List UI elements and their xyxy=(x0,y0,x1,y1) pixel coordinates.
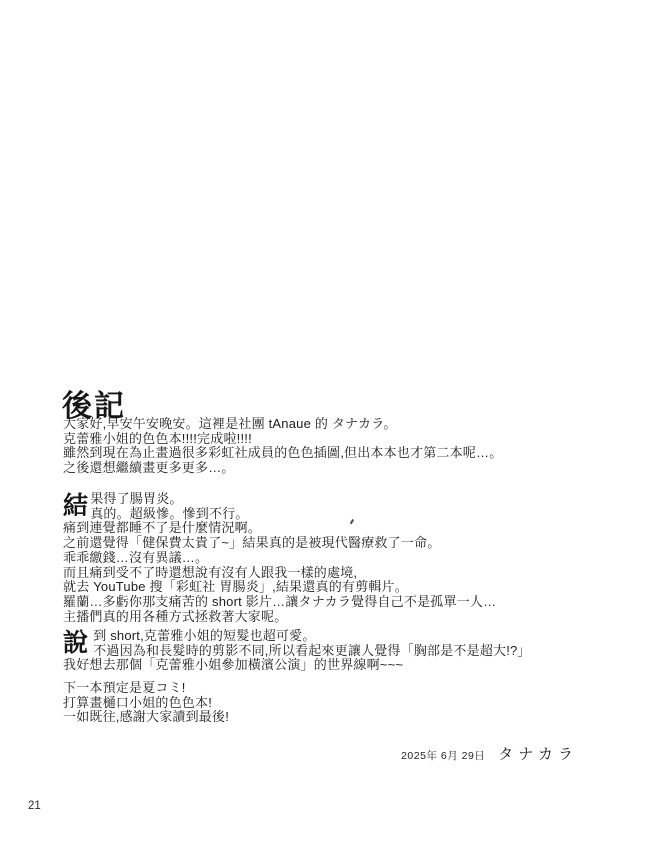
date-signature-line: 2025年 6月 29日 タナカラ xyxy=(401,743,578,764)
afterword-line: 打算畫樋口小姐的色色本! xyxy=(63,696,623,711)
publication-date: 2025年 6月 29日 xyxy=(401,748,485,763)
afterword-line: 克蕾雅小姐的色色本!!!!完成啦!!!! xyxy=(63,432,623,447)
afterword-line: 之前還覺得「健保費太貴了~」結果真的是被現代醫療救了一命。 xyxy=(63,536,623,551)
afterword-line: 果得了腸胃炎。 xyxy=(63,492,623,507)
afterword-line: 真的。超級慘。慘到不行。 xyxy=(63,507,623,522)
afterword-line: 下一本預定是夏コミ! xyxy=(63,681,623,696)
drop-cap: 說 xyxy=(63,629,88,658)
afterword-line: 乖乖繳錢…沒有異議…。 xyxy=(63,551,623,566)
afterword-paragraph-short-hair: 說 到 short,克蕾雅小姐的短髮也超可愛。 不過因為和長髮時的剪影不同,所以… xyxy=(63,629,623,673)
afterword-line: 雖然到現在為止畫過很多彩虹社成員的色色插圖,但出本本也才第二本呢…。 xyxy=(63,446,623,461)
afterword-line: 主播們真的用各種方式拯救著大家呢。 xyxy=(63,610,623,625)
afterword-line: 不過因為和長髮時的剪影不同,所以看起來更讓人覺得「胸部是不是超大!?」 xyxy=(63,644,623,659)
afterword-line: 羅蘭…多虧你那支痛苦的 short 影片…讓タナカラ覺得自己不是孤單一人… xyxy=(63,595,623,610)
afterword-paragraph-intro: 大家好,早安午安晚安。這裡是社團 tAnaue 的 タナカラ。 克蕾雅小姐的色色… xyxy=(63,417,623,476)
author-signature: タナカラ xyxy=(498,743,578,764)
afterword-line: 而且痛到受不了時還想說有沒有人跟我一樣的處境, xyxy=(63,566,623,581)
afterword-page: 後記 大家好,早安午安晚安。這裡是社團 tAnaue 的 タナカラ。 克蕾雅小姐… xyxy=(0,0,650,850)
afterword-line: 之後還想繼續畫更多更多…。 xyxy=(63,461,623,476)
afterword-line: 一如既往,感謝大家讀到最後! xyxy=(63,710,623,725)
page-number: 21 xyxy=(28,800,41,812)
afterword-line: 痛到連覺都睡不了是什麼情況啊。 xyxy=(63,521,623,536)
afterword-line: 到 short,克蕾雅小姐的短髮也超可愛。 xyxy=(63,629,623,644)
afterword-paragraph-next-book: 下一本預定是夏コミ! 打算畫樋口小姐的色色本! 一如既往,感謝大家讀到最後! xyxy=(63,681,623,725)
afterword-line: 大家好,早安午安晚安。這裡是社團 tAnaue 的 タナカラ。 xyxy=(63,417,623,432)
drop-cap: 結 xyxy=(63,492,88,521)
afterword-line: 我好想去那個「克蕾雅小姐參加橫濱公演」的世界線啊~~~ xyxy=(63,658,623,673)
afterword-line: 就去 YouTube 搜「彩虹社 胃腸炎」,結果還真的有剪輯片。 xyxy=(63,580,623,595)
afterword-paragraph-illness: 結 果得了腸胃炎。 真的。超級慘。慘到不行。 痛到連覺都睡不了是什麼情況啊。 之… xyxy=(63,492,623,624)
